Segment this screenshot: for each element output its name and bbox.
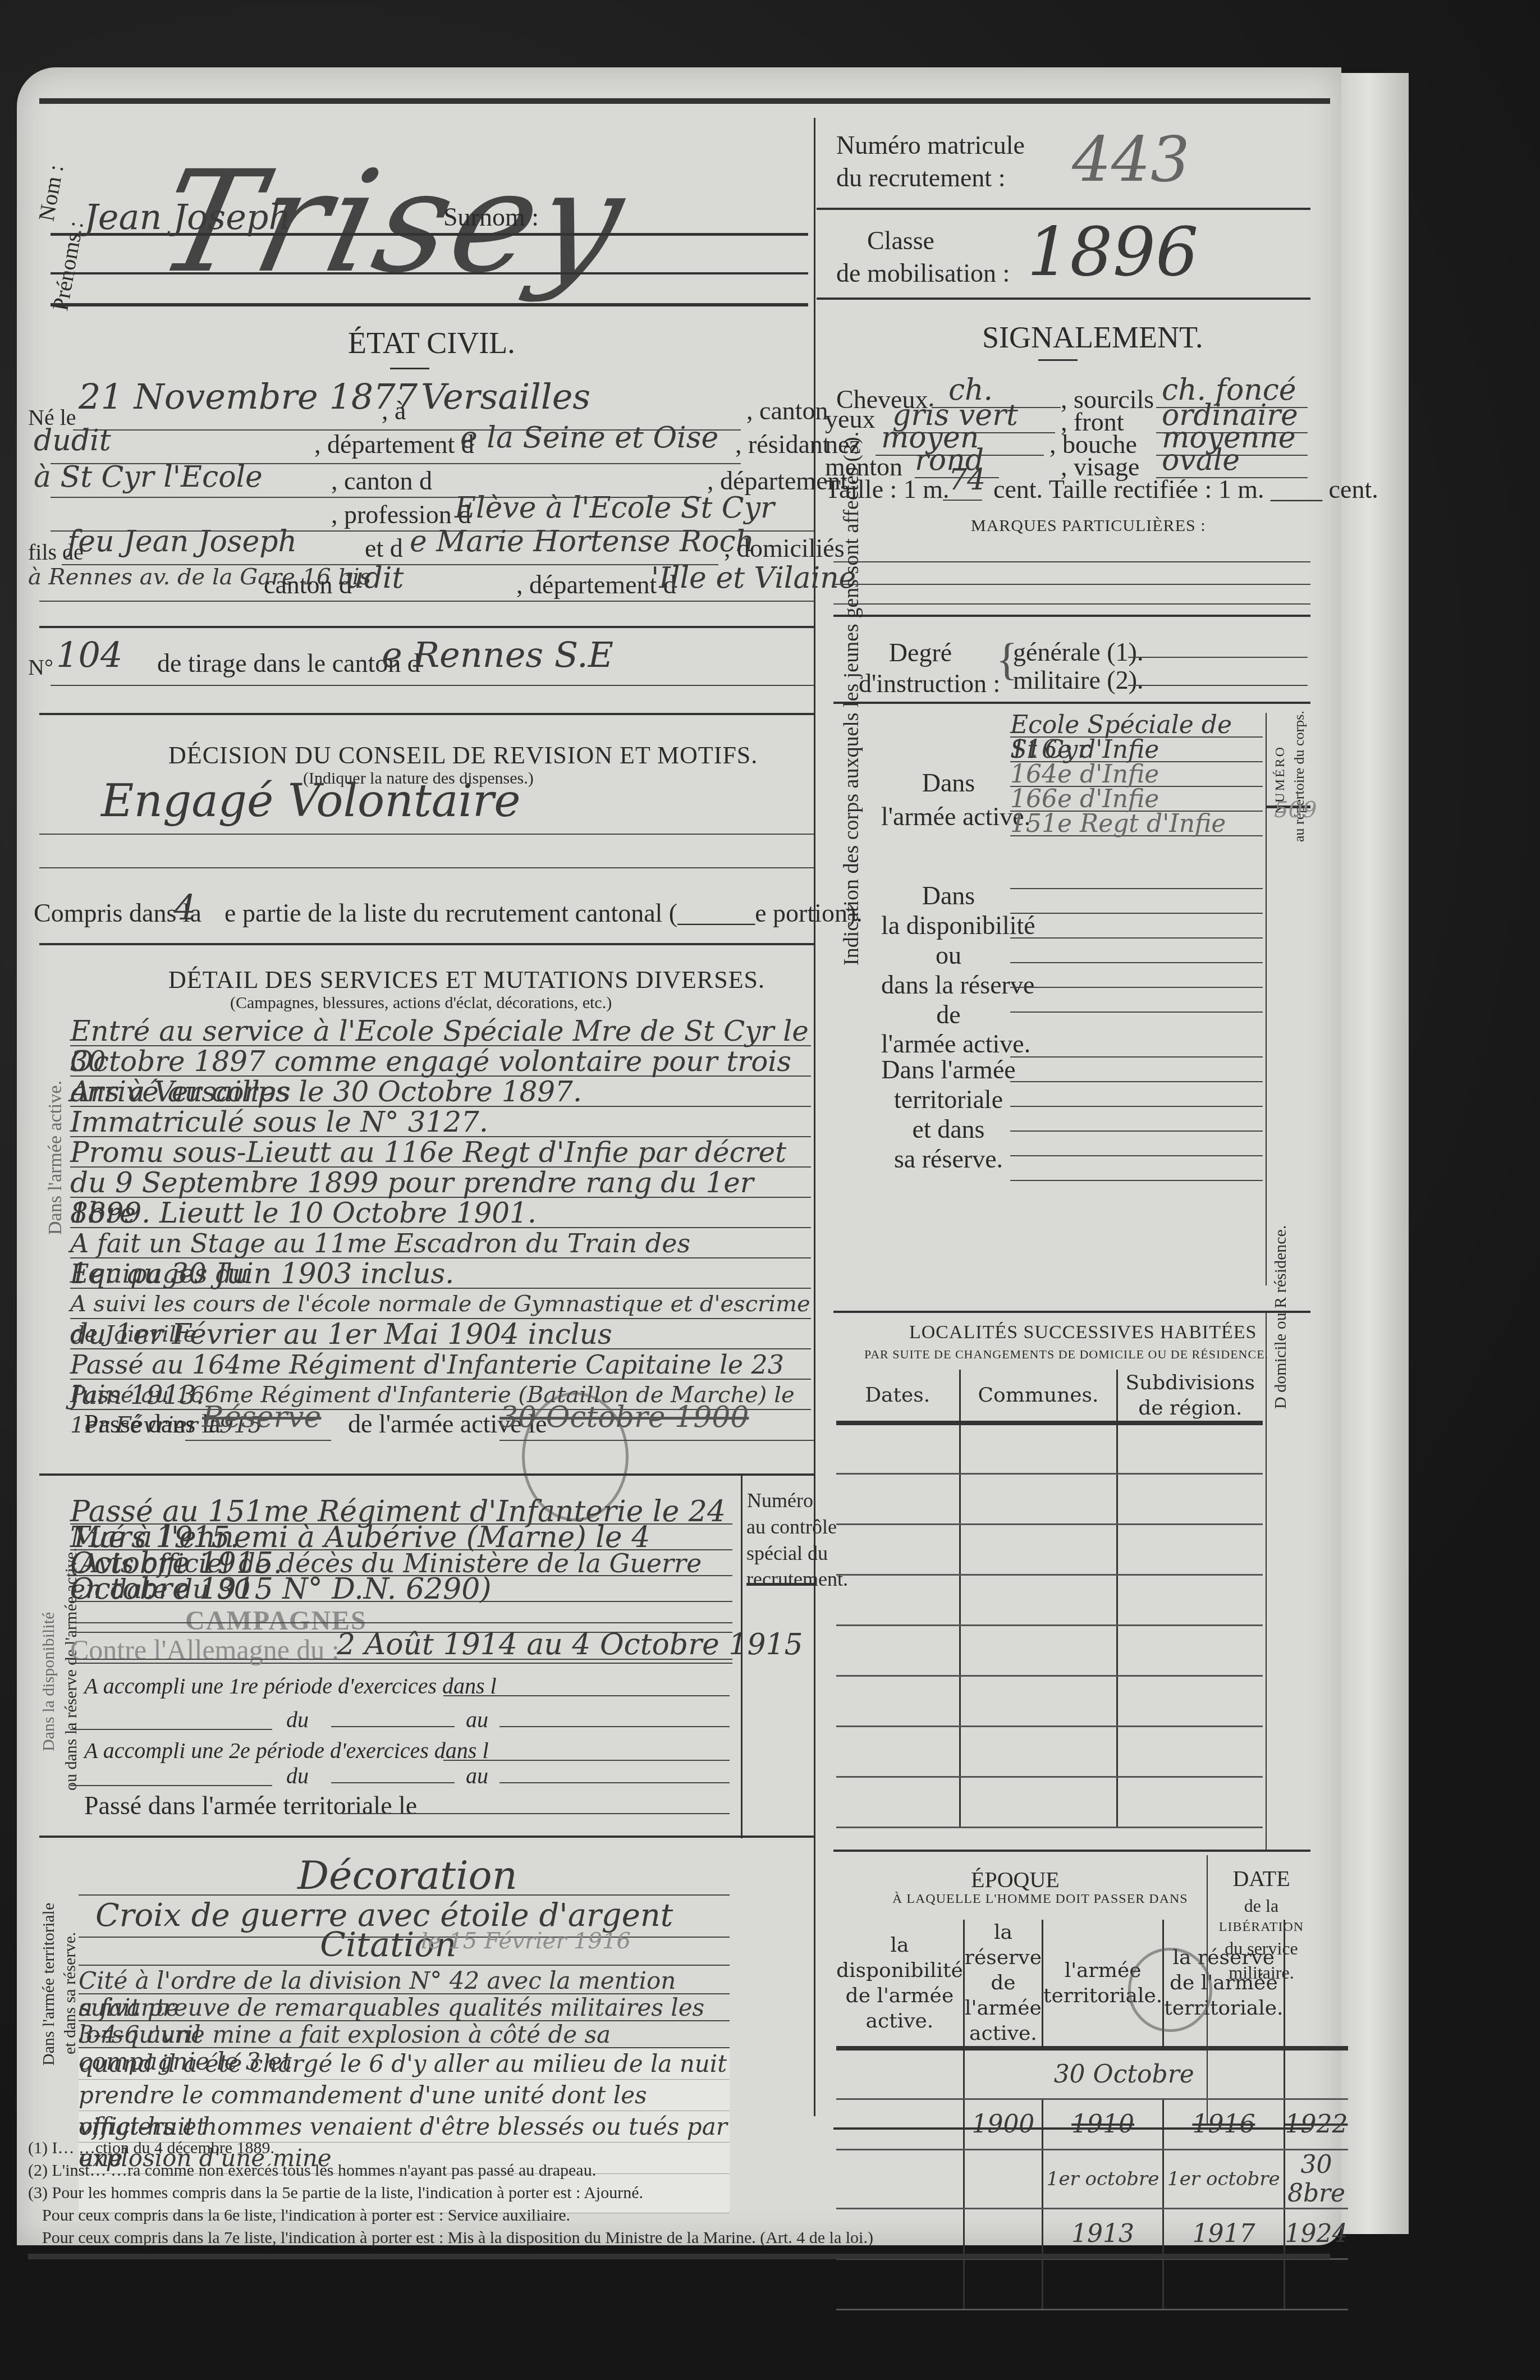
citation-title-underline [79,1965,730,1966]
blank-line [1010,1033,1263,1058]
corps-entry: 166e d'Infie [1010,787,1263,812]
decision-underline-2 [39,867,814,868]
departement3-value: 'Ille et Vilaine [651,561,856,595]
contre-allemagne-stamp: Contre l'Allemagne du : [70,1633,340,1666]
col-reserve-active: la réserve de l'armée active. [964,1920,1042,2048]
etat-civil-bottom-rule [39,626,814,628]
instruction-label: Degré d'instruction : [859,637,982,699]
disponibilite-lines [1010,864,1263,1013]
blank-line [1010,1058,1263,1082]
services-bottom-rule [39,1473,814,1476]
periode1-label: A accompli une 1re période d'exercices d… [84,1673,497,1699]
cell [964,2259,1042,2309]
blank-line [1010,914,1263,939]
periode2-underline [443,1760,730,1761]
header-bottom-rule [51,303,808,306]
service-line: Entré au service à l'Ecole Spéciale Mre … [70,1016,811,1046]
table-row [836,1524,1263,1575]
cell [1117,1473,1263,1524]
territoriale-corps-lines [1010,1033,1263,1181]
campagnes-underline [70,1622,732,1623]
localites-table: Dates. Communes. Subdivisions de région. [836,1370,1263,1828]
cell [960,1726,1117,1777]
cell [960,1777,1117,1827]
table-row [836,1473,1263,1524]
service-line: 1899. Lieutt le 10 Octobre 1901. [70,1198,811,1228]
marques-line-3 [833,603,1310,605]
epoque-bottom-rule [833,2127,1310,2130]
top-rule [39,98,1330,104]
cell [960,1524,1117,1575]
matricule-label-line2: du recrutement : [836,162,965,194]
cell [836,2149,964,2208]
cell [836,1676,960,1726]
cell [1117,1423,1263,1473]
blank-line [1010,963,1263,988]
instruction-top-rule [833,615,1310,617]
table-row: 1er octobre 1er octobre 30 8bre [836,2149,1348,2208]
cell [960,1473,1117,1524]
register-page: Trisey Nom : Prénoms : Jean Joseph Surno… [17,67,1341,2245]
cell [964,2149,1042,2208]
localites-subtitle: PAR SUITE DE CHANGEMENTS DE DOMICILE OU … [864,1347,1268,1362]
cell [836,2048,964,2099]
instruction-bottom-rule [833,702,1310,704]
prenoms-underline [51,272,808,274]
armee-active-label: Dans l'armée active. [881,766,1016,834]
blank-line [1010,988,1263,1013]
footnote-3: (3) Pour les hommes compris dans la 5e p… [28,2184,643,2203]
localites-bottom-rule [833,1850,1310,1852]
citation-line: prendre le commandement d'une unité dont… [79,2080,730,2111]
cell [1117,1676,1263,1726]
periode1-du-blank [70,1729,272,1730]
controle-line: recrutement. [746,1566,814,1592]
classe-value: 1896 [1027,213,1198,291]
taille-rectifiee-label: cent. Taille rectifiée : 1 m. ____ cent. [993,474,1378,504]
periode1-au-underline [499,1726,730,1727]
table-row [836,2259,1348,2309]
service-line: A suivi les cours de l'école normale de … [70,1289,811,1319]
controle-rule [746,1583,814,1586]
numero-controle-label: Numéro au contrôle spécial du recrutemen… [746,1487,814,1592]
disponibilite-label-line: la disponibilité [881,911,1016,941]
etat-civil-dash [390,368,429,369]
citation-line: vingt-huit hommes venaient d'être blessé… [79,2111,730,2143]
reserve-bottom-rule [39,1836,814,1838]
citation-line: quand il a été chargé le 6 d'y aller au … [79,2048,730,2080]
footnote-4: Pour ceux compris dans la 6e liste, l'in… [42,2206,570,2225]
canton3-value: udit [345,561,404,595]
table-row [836,1423,1263,1473]
cell [960,1676,1117,1726]
cell [1117,1777,1263,1827]
matricule-rule [817,208,1310,210]
decoration-title: Décoration [297,1852,517,1898]
col-subdivisions: Subdivisions de région. [1117,1370,1263,1423]
reserve-line: Octobre 1915 N° D.N. 6290) [70,1576,732,1602]
decision-value: Engagé Volontaire [101,775,521,827]
corps-vertical-label: Indication des corps auxquels les jeunes… [839,432,864,965]
militaire-label: militaire (2). [1013,665,1143,695]
cell [836,1777,960,1827]
corps-entry: 151e Regt d'Infie [1010,812,1263,836]
cell: 30 8bre [1284,2149,1347,2208]
cell: 1924 [1284,2208,1347,2259]
campagne-dates-value: 2 Août 1914 au 4 Octobre 1915 [337,1628,803,1662]
cell [836,1726,960,1777]
cell [836,2259,964,2309]
localites-title: LOCALITÉS SUCCESSIVES HABITÉES [909,1322,1257,1343]
instruction-label-line2: d'instruction : [859,668,982,699]
territoriale-corps-label: Dans l'armée territoriale et dans sa rés… [881,1055,1016,1174]
residant-label: , résidant [735,429,830,459]
page-edge-stack [1341,73,1409,2234]
canton-value: dudit [34,424,111,457]
detail-title: DÉTAIL DES SERVICES ET MUTATIONS DIVERSE… [168,965,765,994]
cell [960,1423,1117,1473]
service-line: Immatriculé sous le N° 3127. [70,1107,811,1137]
cell [960,1625,1117,1676]
compris-suffix: e partie de la liste du recrutement cant… [224,898,863,928]
matricule-label-line1: Numéro matricule [836,129,965,162]
cell [1042,2259,1163,2309]
service-line: du 9 Septembre 1899 pour prendre rang du… [70,1168,811,1198]
cell: 30 Octobre [964,2048,1284,2099]
decision-underline [39,834,814,835]
cell [836,1473,960,1524]
compris-value: 4 [174,887,196,928]
departement-label: , département d [314,429,474,459]
periode1-du-label: du [286,1706,309,1733]
taille-value: 74 [948,463,986,497]
decision-title: DÉCISION DU CONSEIL DE REVISION ET MOTIF… [168,741,758,770]
numero-divider [1266,713,1267,1285]
service-line: A fait un Stage au 11me Escadron du Trai… [70,1228,811,1258]
departement-value: e la Seine et Oise [460,421,718,455]
cell [1117,1524,1263,1575]
signalement-dash [1038,359,1078,361]
marques-line-1 [833,561,1310,562]
blank-line [1010,1156,1263,1181]
footnote-5: Pour ceux compris dans la 7e liste, l'in… [42,2228,873,2248]
service-line: Promu sous-Lieutt au 116e Regt d'Infie p… [70,1137,811,1168]
disponibilite-label-line: dans la réserve [881,971,1016,1000]
decoration-title-underline [79,1894,730,1896]
cell: 1913 [1042,2208,1163,2259]
cell [836,1524,960,1575]
date-sub-line: de la [1212,1894,1310,1918]
table-row [836,1676,1263,1726]
birth-date-value: 21 Novembre 1877 [79,376,418,417]
territoriale-margin-label-2: et dans sa réserve. [61,1932,80,2054]
corps-entry: 164e d'Infie [1010,762,1263,787]
periode1-du-underline [331,1726,455,1727]
signalement-title: SIGNALEMENT. [982,320,1203,355]
cell: 1917 [1163,2208,1284,2259]
territoriale-underline [342,1813,730,1814]
cell: 1900 [964,2099,1042,2149]
localites-side-divider [1266,1311,1267,1850]
periode2-au-underline [499,1782,730,1783]
domicilies-label: , domiciliés [724,533,845,563]
profession-value: Elève à l'Ecole St Cyr [455,491,774,525]
active-army-margin-label: Dans l'armée active. [45,1081,66,1235]
corps-bottom-rule [833,1311,1310,1313]
etat-civil-title: ÉTAT CIVIL. [348,326,515,360]
table-row: 1900 1910 1916 1922 [836,2099,1348,2149]
detail-subtitle: (Campagnes, blessures, actions d'éclat, … [230,994,612,1013]
service-line: Arrivé au corps le 30 Octobre 1897. [70,1077,811,1107]
cell: 1910 [1042,2099,1163,2149]
reserve-line: Tué à l'ennemi à Aubérive (Marne) le 4 O… [70,1525,732,1550]
canton-label: , canton [746,396,828,425]
generale-underline [1128,657,1308,658]
controle-line: Numéro [746,1487,814,1514]
matricule-value: 443 [1072,123,1190,195]
campagne-underline [70,1659,732,1660]
canton3-label: canton d [264,570,352,599]
canton2-label: , canton d [331,466,432,496]
disponibilite-label-line: de [881,1000,1016,1030]
citation-date-stamp: le 15 Février 1916 [421,1928,631,1954]
passe-value: Réserve [202,1400,321,1434]
disponibilite-label: Dans la disponibilité ou dans la réserve… [881,881,1016,1059]
corps-entry: 116e d'Infie [1010,738,1263,762]
cell [1117,1575,1263,1625]
cell [836,1423,960,1473]
service-line: Octobre 1897 comme engagé volontaire pou… [70,1046,811,1077]
col-liberation [1284,1920,1347,2048]
militaire-underline [1128,685,1308,686]
cell: 1922 [1284,2099,1347,2149]
cell [1163,2259,1284,2309]
controle-line: au contrôle [746,1514,814,1540]
table-row [836,1777,1263,1827]
blank-line [1010,939,1263,963]
periode2-du-underline [331,1782,455,1783]
reserve-margin-label-1: Dans la disponibilité [39,1612,58,1751]
cell: 1er octobre [1042,2149,1163,2208]
armee-active-label-line: Dans [881,766,1016,800]
residant-value: à St Cyr l'Ecole [34,460,263,494]
generale-label: générale (1). [1013,637,1143,667]
col-dates: Dates. [836,1370,960,1423]
tirage-no-label: N° [28,654,53,680]
table-row [836,1625,1263,1676]
official-stamp-2 [1128,1948,1212,2032]
cell [836,1625,960,1676]
cell [964,2208,1042,2259]
territoriale-label-line: et dans [881,1115,1016,1145]
col-communes: Communes. [960,1370,1117,1423]
service-line: Passé au 164me Régiment d'Infanterie Cap… [70,1349,811,1380]
numero-value: 509 [1274,797,1317,823]
periode2-label: A accompli une 2e période d'exercices da… [84,1737,489,1764]
services-list: Entré au service à l'Ecole Spéciale Mre … [70,1016,811,1410]
passe-underline [185,1440,331,1441]
date-title: DATE [1212,1864,1310,1894]
epoque-title: ÉPOQUE [971,1866,1060,1893]
periode2-au-label: au [466,1763,488,1789]
blank-line [1010,1132,1263,1156]
birth-place-value: Versailles [421,376,590,417]
table-row [836,1575,1263,1625]
classe-label-line1: Classe [836,225,965,257]
marques-line-2 [833,584,1310,585]
cell: 1er octobre [1163,2149,1284,2208]
service-line: du 1er Février au 1er Mai 1904 inclus [70,1319,811,1349]
mother-value: e Marie Hortense Roch [410,525,754,559]
table-row [836,1726,1263,1777]
tirage-bottom-rule [39,713,814,715]
cell [1117,1726,1263,1777]
bottom-frame-rule [28,2254,1330,2259]
periode1-au-label: au [466,1706,488,1733]
cell [1284,2259,1347,2309]
decision-bottom-rule [39,943,814,945]
tirage-label: de tirage dans le canton d [157,648,420,678]
tirage-underline [51,685,814,686]
father-value: feu Jean Joseph [67,525,297,559]
domicile-underline [39,601,814,602]
controle-line: spécial du [746,1540,814,1567]
tirage-value: e Rennes S.E [382,634,613,675]
et-de-label: et d [365,533,403,563]
cell [836,1575,960,1625]
blank-line [1010,889,1263,914]
territoriale-margin-label-1: Dans l'armée territoriale [39,1903,58,2066]
localites-side-label: D domicile ou R résidence. [1271,1225,1290,1409]
tirage-no-value: 104 [56,634,122,675]
armee-active-label-line: l'armée active. [881,800,1016,834]
footnote-1: (1) I… …ction du 4 décembre 1889. [28,2139,274,2158]
territoriale-label-line: Dans l'armée [881,1055,1016,1085]
table-row: 1913 1917 1924 [836,2208,1348,2259]
armee-active-list: Ecole Spéciale de St Cyr 116e d'Infie 16… [1010,713,1263,836]
classe-label: Classe de mobilisation : [836,225,965,289]
surnom-label: Surnom : [443,202,539,232]
service-line: 1er au 30 Juin 1903 inclus. [70,1258,811,1289]
instruction-label-line1: Degré [859,637,982,668]
citation-line: lorsqu'une mine a fait explosion à côté … [79,2021,730,2048]
epoque-subtitle: À LAQUELLE L'HOMME DOIT PASSER DANS [892,1892,1188,1907]
citation-line: Cité à l'ordre de la division N° 42 avec… [79,1967,730,1994]
citation-line: a fait preuve de remarquables qualités m… [79,1994,730,2021]
matricule-label: Numéro matricule du recrutement : [836,129,965,194]
territoriale-label-line: territoriale [881,1085,1016,1115]
visage-value: ovale [1162,443,1240,477]
cell [836,2099,964,2149]
prenoms-value: Jean Joseph [84,196,291,237]
territoriale-label-line: sa réserve. [881,1145,1016,1174]
blank-line [1010,864,1263,889]
cell: 1916 [1163,2099,1284,2149]
periode1-underline [443,1695,730,1696]
disponibilite-label-line: Dans [881,881,1016,911]
periode2-du-label: du [286,1763,309,1789]
classe-label-line2: de mobilisation : [836,257,965,290]
table-row: 30 Octobre [836,2048,1348,2099]
periode2-du-blank [70,1785,272,1786]
corps-entry: Ecole Spéciale de St Cyr [1010,713,1263,738]
classe-rule [817,297,1310,300]
epoque-table: la disponibilité de l'armée active. la r… [836,1920,1348,2310]
cell [960,1575,1117,1625]
territoriale-label: Passé dans l'armée territoriale le [84,1791,417,1820]
disponibilite-label-line: ou [881,941,1016,971]
col-disponibilite: la disponibilité de l'armée active. [836,1920,964,2048]
footnote-2: (2) L'inst… …ra comme non exercés tous l… [28,2161,596,2180]
blank-line [1010,1082,1263,1107]
taille-underline [943,500,982,501]
a-label: , à [382,396,406,425]
nom-label: Nom : [33,163,69,223]
marques-label: MARQUES PARTICULIÈRES : [971,516,1206,535]
passe-label: Passé dans la [84,1409,221,1439]
blank-line [1010,1107,1263,1132]
cell [1284,2048,1347,2099]
cell [1117,1625,1263,1676]
